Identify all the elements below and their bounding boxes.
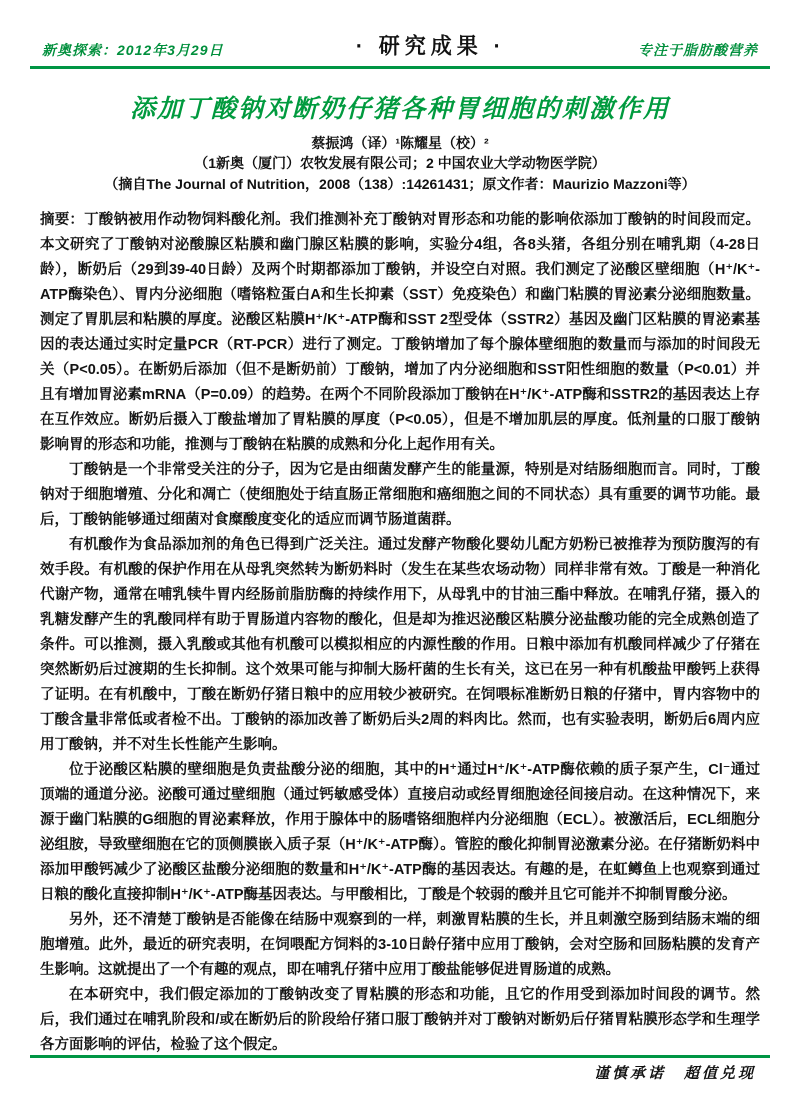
article-affiliation: （1新奥（厦门）农牧发展有限公司；2 中国农业大学动物医学院）: [40, 153, 760, 173]
article-title: 添加丁酸钠对断奶仔猪各种胃细胞的刺激作用: [40, 89, 760, 125]
body-paragraph: 另外，还不清楚丁酸钠是否能像在结肠中观察到的一样，刺激胃粘膜的生长，并且刺激空肠…: [40, 908, 760, 983]
page-footer: 谨慎承诺 超值兑现: [30, 1055, 770, 1083]
header-date-text: 新奥探索：2012年3月29日: [42, 40, 224, 60]
article-source: （摘自The Journal of Nutrition，2008（138）:14…: [40, 174, 760, 194]
article-body: 摘要：丁酸钠被用作动物饲料酸化剂。我们推测补充丁酸钠对胃形态和功能的影响依添加丁…: [40, 208, 760, 1058]
page-header: 新奥探索：2012年3月29日 · 研究成果 · 专注于脂肪酸营养: [0, 0, 800, 60]
body-paragraph: 丁酸钠是一个非常受关注的分子，因为它是由细菌发酵产生的能量源，特别是对结肠细胞而…: [40, 458, 760, 533]
abstract-paragraph: 摘要：丁酸钠被用作动物饲料酸化剂。我们推测补充丁酸钠对胃形态和功能的影响依添加丁…: [40, 208, 760, 458]
article-authors: 蔡振鸿（译）¹陈耀星（校）²: [40, 133, 760, 153]
footer-slogan-text: 谨慎承诺 超值兑现: [30, 1062, 770, 1083]
body-paragraph: 有机酸作为食品添加剂的角色已得到广泛关注。通过发酵产物酸化婴幼儿配方奶粉已被推荐…: [40, 533, 760, 758]
document-page: 新奥探索：2012年3月29日 · 研究成果 · 专注于脂肪酸营养 添加丁酸钠对…: [0, 0, 800, 1095]
header-column-title: · 研究成果 ·: [356, 29, 506, 61]
title-block: 添加丁酸钠对断奶仔猪各种胃细胞的刺激作用 蔡振鸿（译）¹陈耀星（校）² （1新奥…: [0, 89, 800, 194]
header-divider-rule: [30, 66, 770, 69]
header-slogan-text: 专注于脂肪酸营养: [638, 40, 758, 60]
body-paragraph: 位于泌酸区粘膜的壁细胞是负责盐酸分泌的细胞，其中的H⁺通过H⁺/K⁺-ATP酶依…: [40, 758, 760, 908]
body-paragraph: 在本研究中，我们假定添加的丁酸钠改变了胃粘膜的形态和功能，且它的作用受到添加时间…: [40, 983, 760, 1058]
footer-divider-rule: [30, 1055, 770, 1058]
